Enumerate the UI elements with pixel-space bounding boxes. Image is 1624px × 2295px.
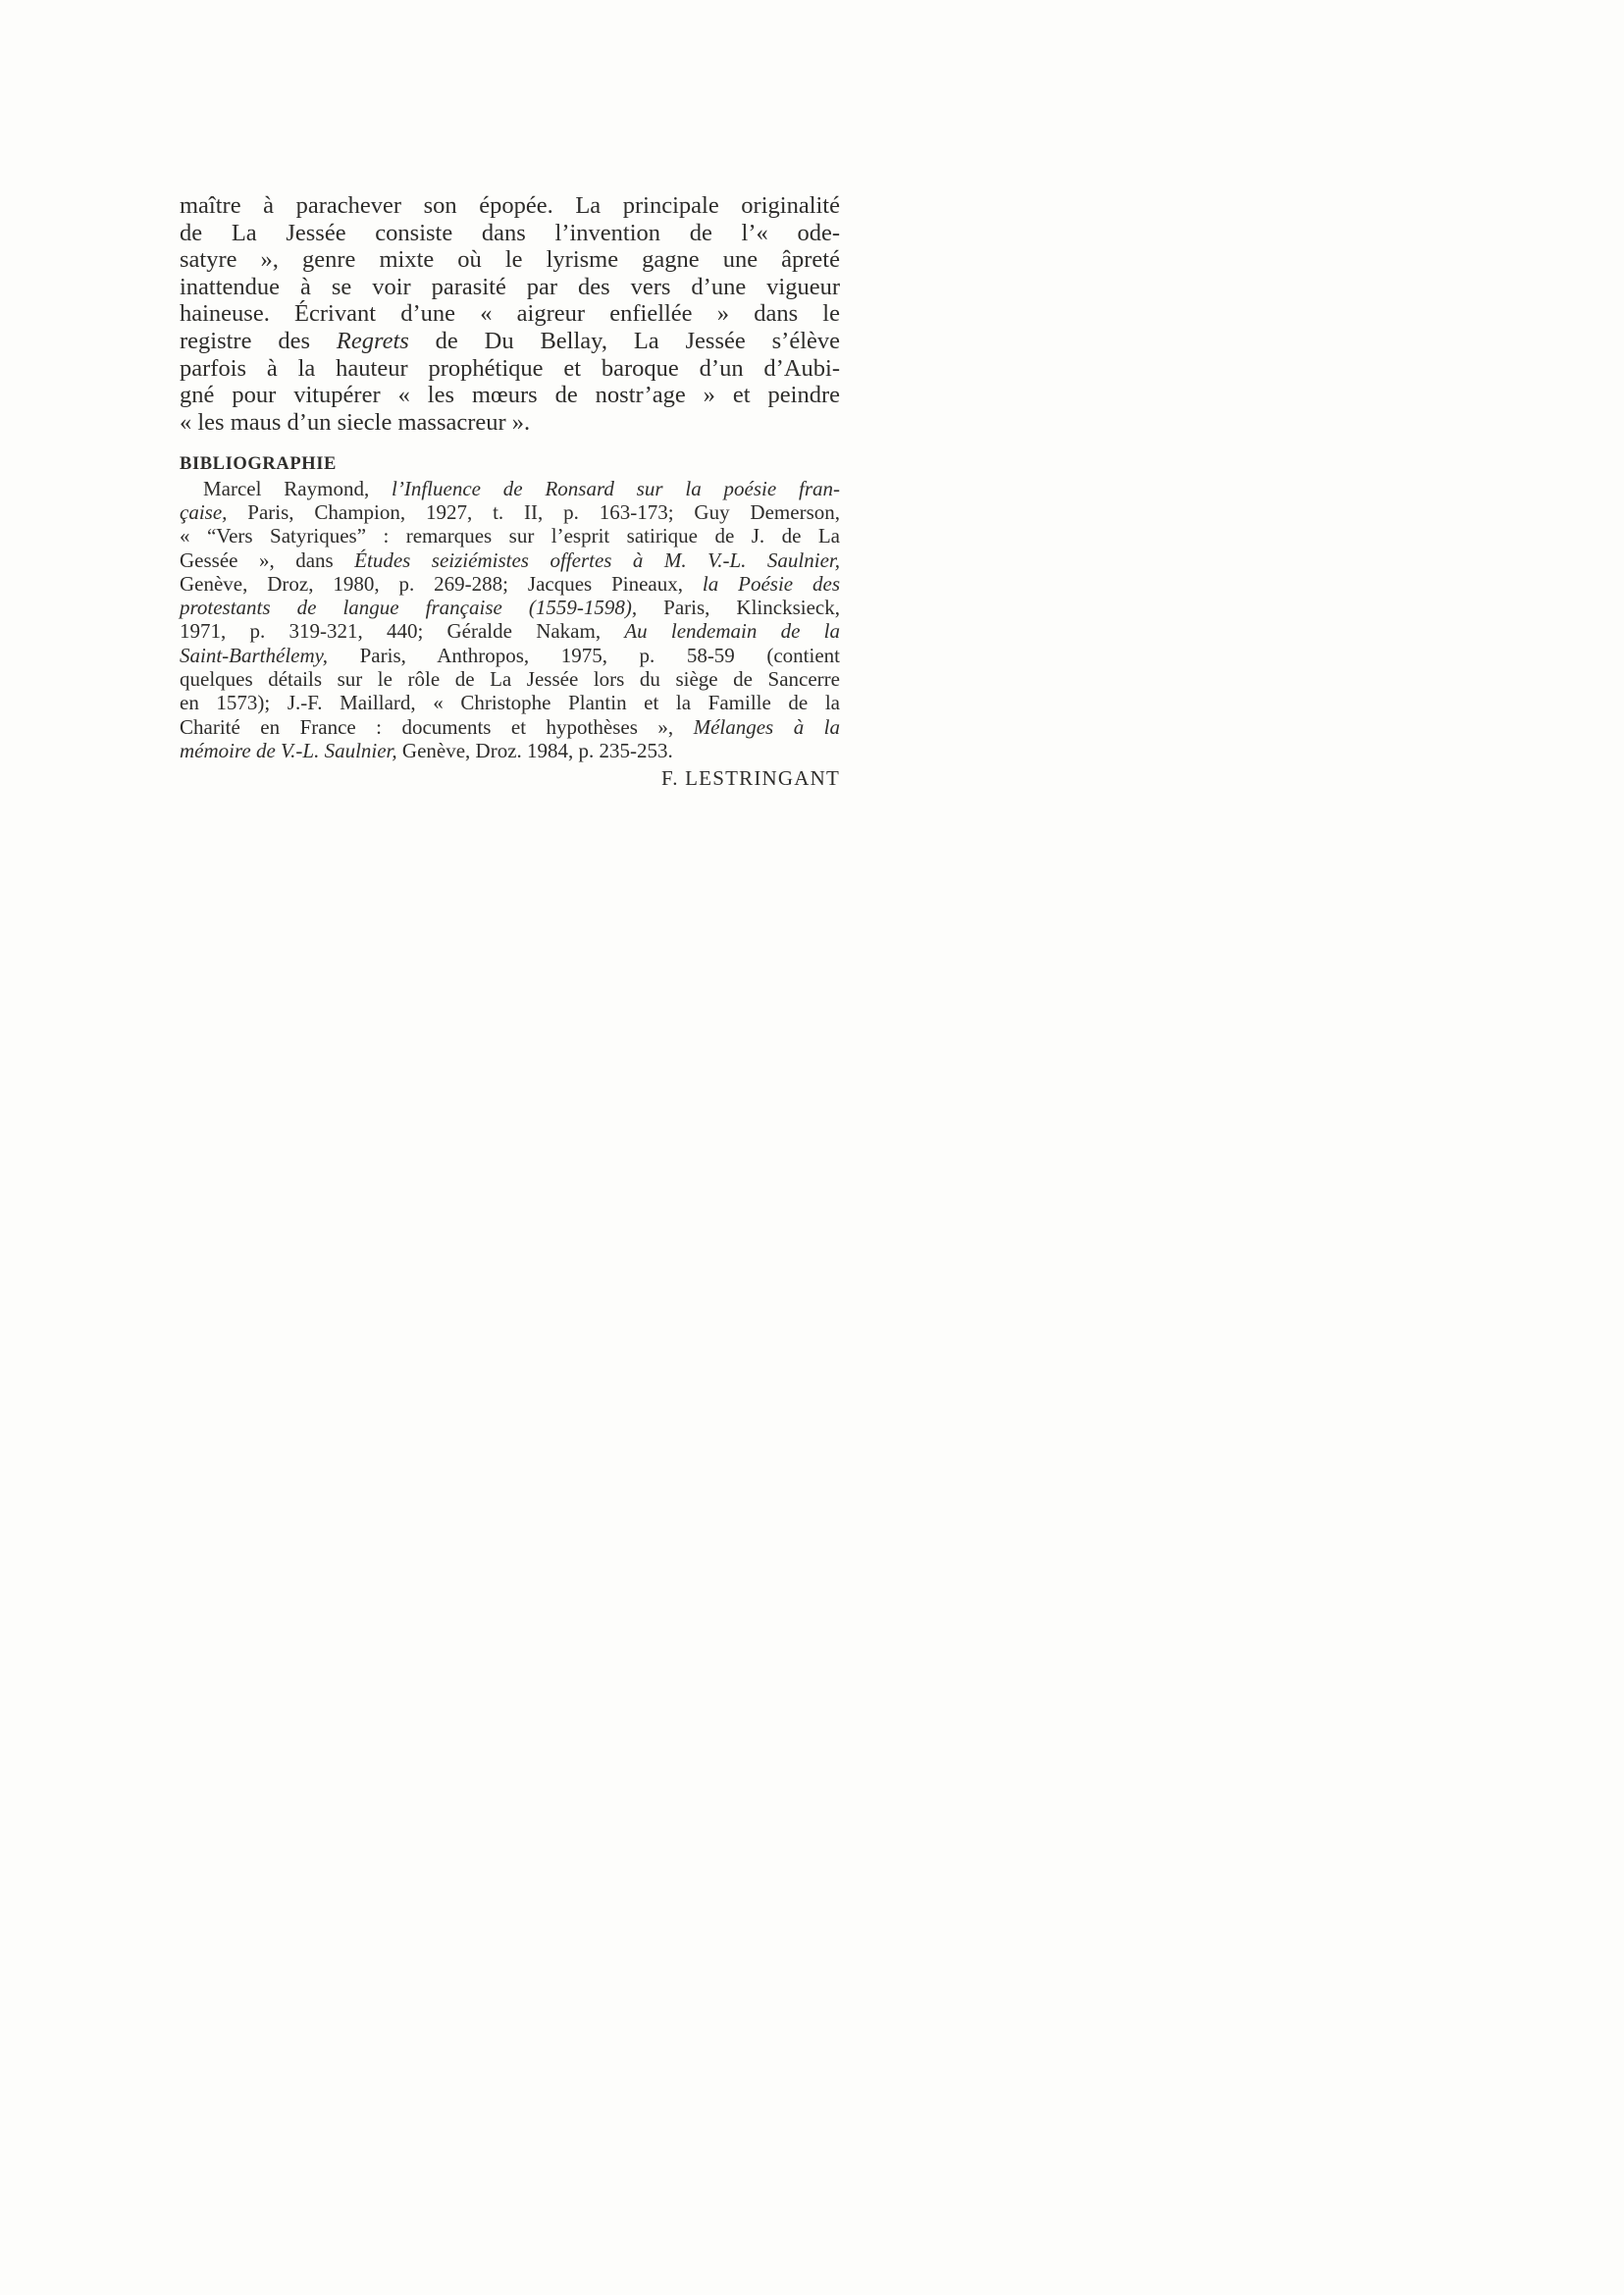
text-line: haineuse. Écrivant d’une « aigreur enfie… [180, 300, 840, 328]
italic-text-segment: mémoire de V.-L. Saulnier, [180, 739, 397, 762]
italic-text-segment: Au lendemain de la [624, 619, 840, 643]
text-segment: registre des [180, 328, 337, 354]
text-segment: « “Vers Satyriques” : remarques sur l’es… [180, 524, 840, 548]
text-segment: haineuse. Écrivant d’une « aigreur enfie… [180, 300, 840, 327]
text-segment: de Du Bellay, La Jessée s’élève [409, 328, 840, 354]
scanned-document-page: maître à parachever son épopée. La princ… [0, 0, 1624, 2295]
italic-text-segment: çaise, [180, 500, 227, 524]
text-line: en 1573); J.-F. Maillard, « Christophe P… [180, 691, 840, 714]
text-segment: Gessée », dans [180, 548, 354, 572]
text-segment: quelques détails sur le rôle de La Jessé… [180, 667, 840, 691]
text-line: mémoire de V.-L. Saulnier, Genève, Droz.… [180, 739, 840, 762]
italic-text-segment: Saint-Barthélemy, [180, 644, 328, 667]
text-line: Charité en France : documents et hypothè… [180, 715, 840, 739]
text-line: parfois à la hauteur prophétique et baro… [180, 355, 840, 383]
italic-text-segment: Mélanges à la [694, 715, 840, 739]
text-line: çaise, Paris, Champion, 1927, t. II, p. … [180, 500, 840, 524]
text-line: Saint-Barthélemy, Paris, Anthropos, 1975… [180, 644, 840, 667]
article-paragraph: maître à parachever son épopée. La princ… [180, 192, 840, 436]
text-segment: Genève, Droz, 1980, p. 269-288; Jacques … [180, 572, 703, 596]
text-segment: gné pour vitupérer « les mœurs de nostr’… [180, 382, 840, 408]
text-segment: satyre », genre mixte où le lyrisme gagn… [180, 246, 840, 273]
text-line: Gessée », dans Études seiziémistes offer… [180, 548, 840, 572]
text-segment: Paris, Klincksieck, [637, 596, 840, 619]
text-line: Marcel Raymond, l’Influence de Ronsard s… [180, 477, 840, 500]
bibliography-heading: BIBLIOGRAPHIE [180, 452, 840, 476]
text-line: de La Jessée consiste dans l’invention d… [180, 220, 840, 247]
text-segment: Genève, Droz. 1984, p. 235-253. [397, 739, 673, 762]
text-segment: de La Jessée consiste dans l’invention d… [180, 220, 840, 246]
text-segment: parfois à la hauteur prophétique et baro… [180, 355, 840, 382]
text-segment: maître à parachever son épopée. La princ… [180, 192, 840, 219]
text-line: protestants de langue française (1559-15… [180, 596, 840, 619]
italic-text-segment: Études seiziémistes offertes à M. V.-L. … [354, 548, 840, 572]
text-segment: Paris, Champion, 1927, t. II, p. 163-173… [227, 500, 840, 524]
text-segment: en 1573); J.-F. Maillard, « Christophe P… [180, 691, 840, 714]
text-segment: Paris, Anthropos, 1975, p. 58-59 (contie… [328, 644, 840, 667]
text-segment: 1971, p. 319-321, 440; Géralde Nakam, [180, 619, 624, 643]
text-segment: inattendue à se voir parasité par des ve… [180, 274, 840, 300]
text-segment: Charité en France : documents et hypothè… [180, 715, 694, 739]
italic-text-segment: l’Influence de Ronsard sur la poésie fra… [392, 477, 840, 500]
text-line: satyre », genre mixte où le lyrisme gagn… [180, 246, 840, 274]
text-line: Genève, Droz, 1980, p. 269-288; Jacques … [180, 572, 840, 596]
text-line: 1971, p. 319-321, 440; Géralde Nakam, Au… [180, 619, 840, 643]
article-text-column: maître à parachever son épopée. La princ… [180, 192, 840, 791]
text-line: « les maus d’un siecle massacreur ». [180, 409, 840, 437]
bibliography-paragraph: Marcel Raymond, l’Influence de Ronsard s… [180, 477, 840, 763]
text-line: quelques détails sur le rôle de La Jessé… [180, 667, 840, 691]
italic-text-segment: protestants de langue française (1559-15… [180, 596, 637, 619]
text-line: gné pour vitupérer « les mœurs de nostr’… [180, 382, 840, 409]
text-line: inattendue à se voir parasité par des ve… [180, 274, 840, 301]
text-line: registre des Regrets de Du Bellay, La Je… [180, 328, 840, 355]
text-segment: Marcel Raymond, [203, 477, 392, 500]
author-signature: F. LESTRINGANT [180, 766, 840, 790]
italic-text-segment: Regrets [337, 328, 409, 354]
italic-text-segment: la Poésie des [703, 572, 840, 596]
text-segment: « les maus d’un siecle massacreur ». [180, 409, 530, 436]
text-line: maître à parachever son épopée. La princ… [180, 192, 840, 220]
text-line: « “Vers Satyriques” : remarques sur l’es… [180, 524, 840, 548]
